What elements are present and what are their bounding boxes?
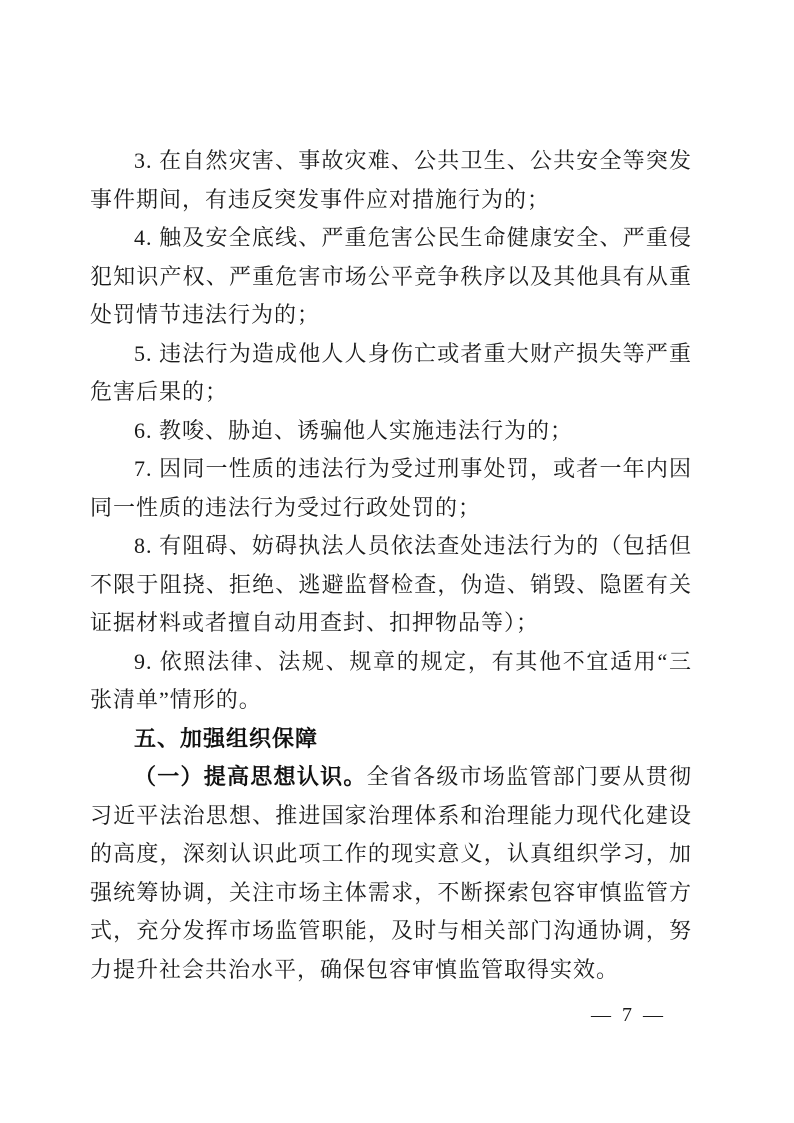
document-page: 3. 在自然灾害、事故灾难、公共卫生、公共安全等突发事件期间，有违反突发事件应对… [0,0,794,1123]
document-body: 3. 在自然灾害、事故灾难、公共卫生、公共安全等突发事件期间，有违反突发事件应对… [90,142,692,989]
section-heading: 五、加强组织保障 [90,720,692,759]
list-item-6: 6. 教唆、胁迫、诱骗他人实施违法行为的； [90,412,692,451]
list-item-9: 9. 依照法律、法规、规章的规定，有其他不宜适用“三张清单”情形的。 [90,643,692,720]
list-item-4: 4. 触及安全底线、严重危害公民生命健康安全、严重侵犯知识产权、严重危害市场公平… [90,219,692,335]
sub-paragraph-body: 全省各级市场监管部门要从贯彻习近平法治思想、推进国家治理体系和治理能力现代化建设… [90,764,692,982]
list-item-7: 7. 因同一性质的违法行为受过刑事处罚，或者一年内因同一性质的违法行为受过行政处… [90,450,692,527]
sub-paragraph-lead: （一）提高思想认识。 [134,764,367,789]
list-item-5: 5. 违法行为造成他人人身伤亡或者重大财产损失等严重危害后果的； [90,335,692,412]
list-item-8: 8. 有阻碍、妨碍执法人员依法查处违法行为的（包括但不限于阻挠、拒绝、逃避监督检… [90,527,692,643]
list-item-3: 3. 在自然灾害、事故灾难、公共卫生、公共安全等突发事件期间，有违反突发事件应对… [90,142,692,219]
sub-paragraph: （一）提高思想认识。全省各级市场监管部门要从贯彻习近平法治思想、推进国家治理体系… [90,758,692,989]
page-number: — 7 — [591,1000,666,1030]
